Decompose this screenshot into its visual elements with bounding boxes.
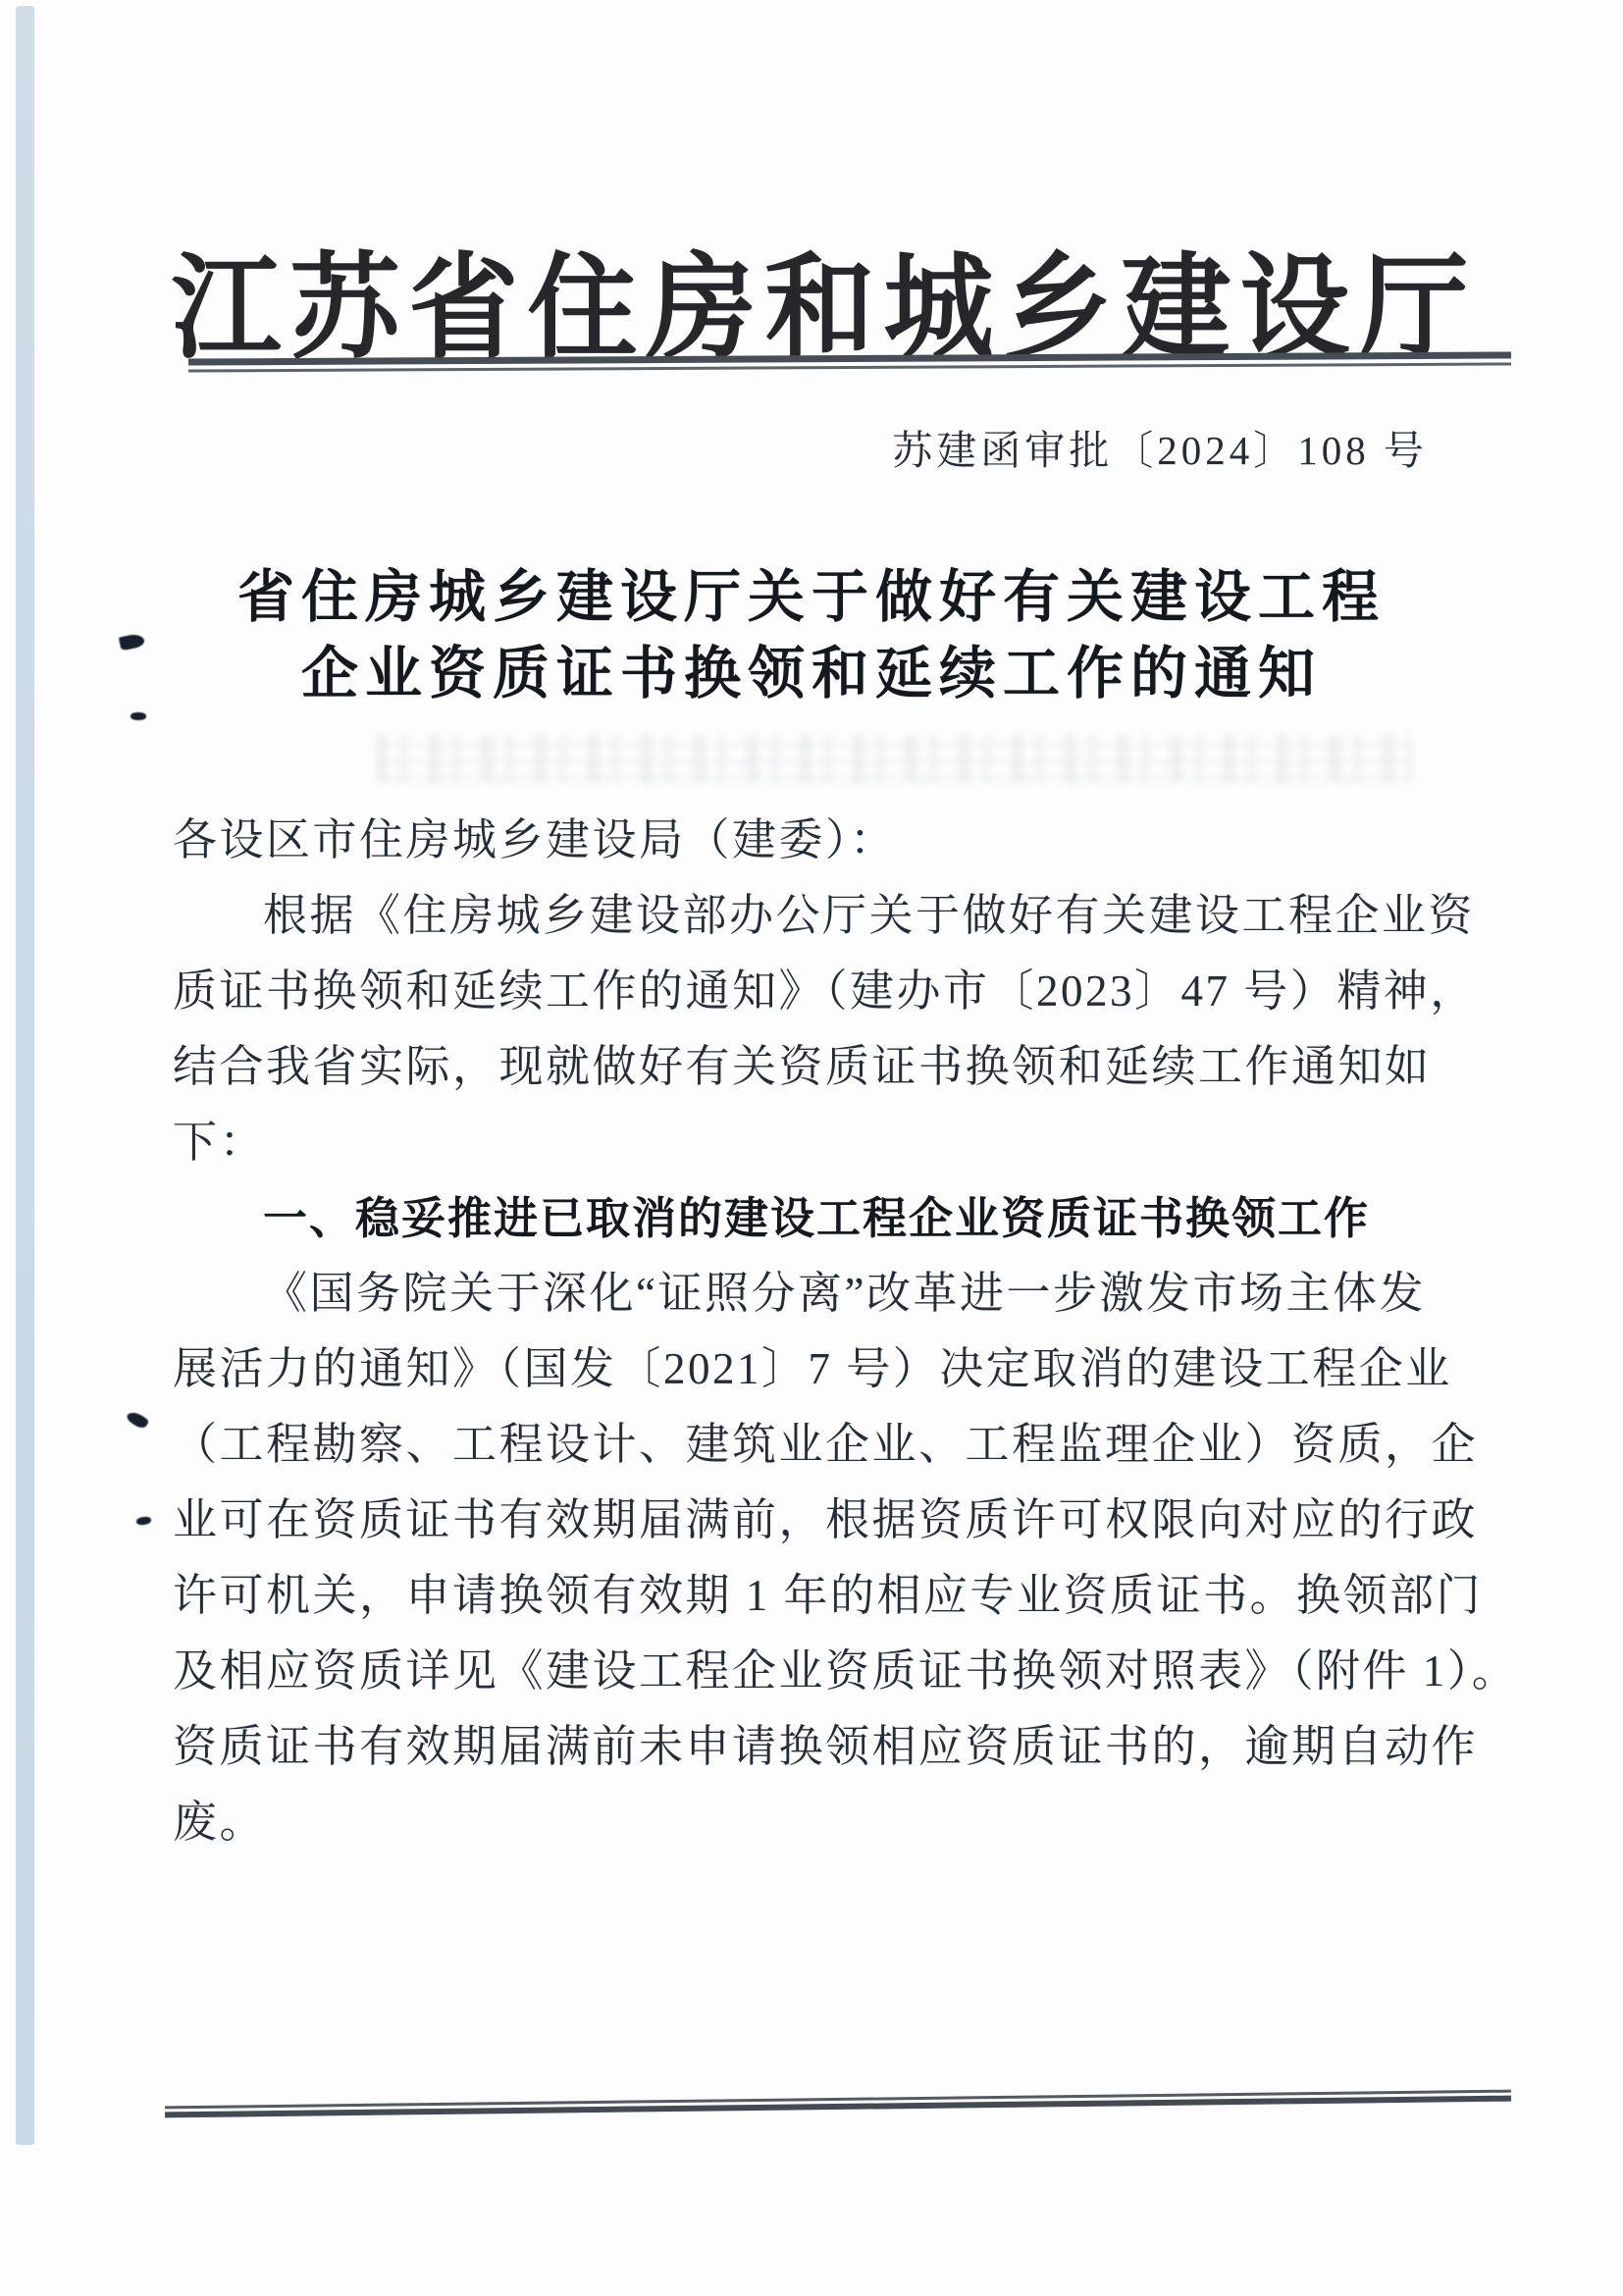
margin-ink-mark [136,1516,152,1526]
body-line: 《国务院关于深化“证照分离”改革进一步激发市场主体发 [173,1256,1454,1331]
footer-rule [165,2090,1511,2118]
document-number: 苏建函审批〔2024〕108 号 [892,418,1428,476]
body-line: 展活力的通知》（国发〔2021〕7 号）决定取消的建设工程企业 [173,1331,1454,1407]
body-line: 结合我省实际，现就做好有关资质证书换领和延续工作通知如 [173,1029,1454,1105]
section-1-heading: 一、稳妥推进已取消的建设工程企业资质证书换领工作 [173,1180,1454,1256]
document-body: 各设区市住房城乡建设局（建委）： 根据《住房城乡建设部办公厅关于做好有关建设工程… [173,803,1454,1860]
body-line: 废。 [173,1785,1454,1860]
body-line: 下： [173,1105,1454,1180]
body-line: 许可机关，申请换领有效期 1 年的相应专业资质证书。换领部门 [173,1558,1454,1634]
body-line: 资质证书有效期届满前未申请换领相应资质证书的，逾期自动作 [173,1709,1454,1785]
body-line: （工程勘察、工程设计、建筑业企业、工程监理企业）资质，企 [173,1407,1454,1483]
ink-bleed-through-band [375,734,1413,783]
margin-ink-mark [131,712,146,720]
salutation: 各设区市住房城乡建设局（建委）： [173,803,1454,878]
body-line: 根据《住房城乡建设部办公厅关于做好有关建设工程企业资 [173,878,1454,954]
margin-ink-mark [125,1409,149,1431]
scanned-document-page: 江苏省住房和城乡建设厅 苏建函审批〔2024〕108 号 省住房城乡建设厅关于做… [0,0,1623,2296]
body-line: 及相应资质详见《建设工程企业资质证书换领对照表》（附件 1）。 [173,1634,1454,1709]
body-line: 业可在资质证书有效期届满前，根据资质许可权限向对应的行政 [173,1483,1454,1558]
document-title-line-1: 省住房城乡建设厅关于做好有关建设工程 [0,559,1623,636]
document-title: 省住房城乡建设厅关于做好有关建设工程 企业资质证书换领和延续工作的通知 [0,559,1623,712]
document-title-line-2: 企业资质证书换领和延续工作的通知 [0,636,1623,712]
body-line: 质证书换领和延续工作的通知》（建办市〔2023〕47 号）精神， [173,954,1454,1029]
